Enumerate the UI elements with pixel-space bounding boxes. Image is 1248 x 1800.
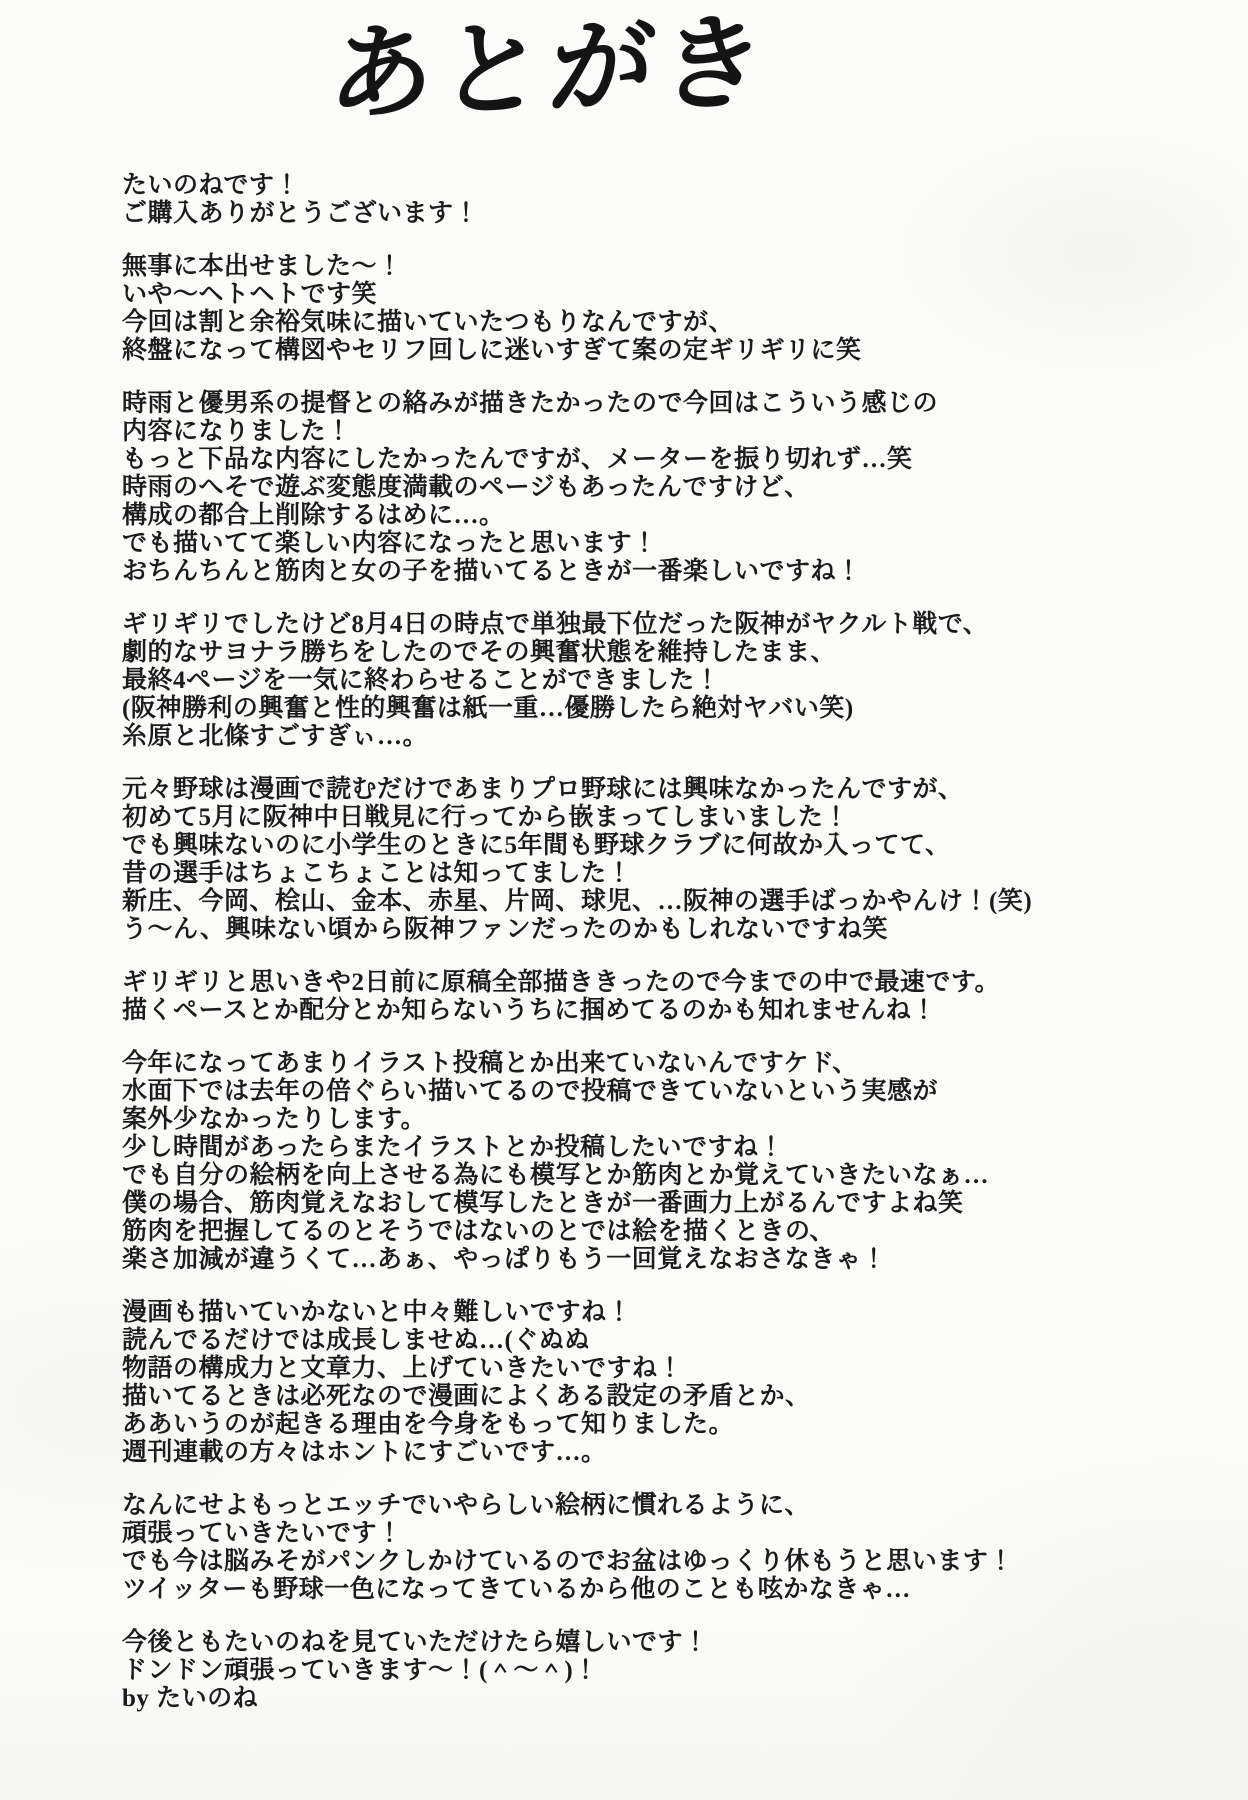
text-line: ギリギリでしたけど8月4日の時点で単独最下位だった阪神がヤクルト戦で、 [122,611,1212,639]
text-line: 物語の構成力と文章力、上げていきたいですね！ [122,1355,1212,1383]
text-line: たいのねです！ [122,172,1212,200]
text-line: 無事に本出せました～！ [122,253,1212,281]
text-line: 時雨と優男系の提督との絡みが描きたかったので今回はこういう感じの [122,390,1212,418]
text-line: 昔の選手はちょこちょことは知ってました！ [122,860,1212,888]
text-line: ご購入ありがとうございます！ [122,200,1212,228]
text-line: 時雨のへそで遊ぶ変態度満載のページもあったんですけど、 [122,474,1212,502]
text-line: もっと下品な内容にしたかったんですが、メーターを振り切れず…笑 [122,446,1212,474]
text-line: ギリギリと思いきや2日前に原稿全部描ききったので今までの中で最速です。 [122,969,1212,997]
text-line: ドンドン頑張っていきます～！(＾～＾)！ [122,1657,1212,1685]
text-line: でも描いてて楽しい内容になったと思います！ [122,530,1212,558]
text-line: おちんちんと筋肉と女の子を描いてるときが一番楽しいですね！ [122,558,1212,586]
text-line: 最終4ページを一気に終わらせることができました！ [122,667,1212,695]
text-line: 週刊連載の方々はホントにすごいです…。 [122,1439,1212,1467]
text-line: でも自分の絵柄を向上させる為にも模写とか筋肉とか覚えていきたいなぁ… [122,1162,1212,1190]
paragraph: 漫画も描いていかないと中々難しいですね！読んでるだけでは成長しませぬ…(ぐぬぬ物… [122,1299,1212,1467]
text-line: 糸原と北條すごすぎぃ…。 [122,723,1212,751]
text-line: 終盤になって構図やセリフ回しに迷いすぎて案の定ギリギリに笑 [122,337,1212,365]
text-line: ああいうのが起きる理由を今身をもって知りました。 [122,1411,1212,1439]
afterword-body: たいのねです！ご購入ありがとうございます！無事に本出せました～！いや～ヘトヘトで… [122,172,1212,1713]
text-line: 内容になりました！ [122,418,1212,446]
text-line: 案外少なかったりします。 [122,1106,1212,1134]
text-line: ツイッターも野球一色になってきているから他のことも呟かなきゃ… [122,1576,1212,1604]
paragraph: 元々野球は漫画で読むだけであまりプロ野球には興味なかったんですが、初めて5月に阪… [122,776,1212,944]
text-line: (阪神勝利の興奮と性的興奮は紙一重…優勝したら絶対ヤバい笑) [122,695,1212,723]
paragraph: ギリギリと思いきや2日前に原稿全部描ききったので今までの中で最速です。描くペース… [122,969,1212,1025]
text-line: 今回は割と余裕気味に描いていたつもりなんですが、 [122,309,1212,337]
text-line: 水面下では去年の倍ぐらい描いてるので投稿できていないという実感が [122,1078,1212,1106]
paragraph: 今後ともたいのねを見ていただけたら嬉しいです！ドンドン頑張っていきます～！(＾～… [122,1629,1212,1685]
text-line: う～ん、興味ない頃から阪神ファンだったのかもしれないですね笑 [122,916,1212,944]
text-line: 新庄、今岡、桧山、金本、赤星、片岡、球児、…阪神の選手ばっかやんけ！(笑) [122,888,1212,916]
paragraph: 時雨と優男系の提督との絡みが描きたかったので今回はこういう感じの内容になりました… [122,390,1212,586]
text-line: いや～ヘトヘトです笑 [122,281,1212,309]
text-line: 描くペースとか配分とか知らないうちに掴めてるのかも知れませんね！ [122,997,1212,1025]
text-line: なんにせよもっとエッチでいやらしい絵柄に慣れるように、 [122,1492,1212,1520]
text-line: 読んでるだけでは成長しませぬ…(ぐぬぬ [122,1327,1212,1355]
paragraph: たいのねです！ご購入ありがとうございます！ [122,172,1212,228]
text-line: 元々野球は漫画で読むだけであまりプロ野球には興味なかったんですが、 [122,776,1212,804]
text-line: 僕の場合、筋肉覚えなおして模写したときが一番画力上がるんですよね笑 [122,1190,1212,1218]
page-title: あとがき [323,0,776,143]
paragraph: 今年になってあまりイラスト投稿とか出来ていないんですケド、水面下では去年の倍ぐら… [122,1050,1212,1274]
paragraph: なんにせよもっとエッチでいやらしい絵柄に慣れるように、頑張っていきたいです！でも… [122,1492,1212,1604]
afterword-page: あとがき たいのねです！ご購入ありがとうございます！無事に本出せました～！いや～… [0,0,1248,1800]
text-line: 描いてるときは必死なので漫画によくある設定の矛盾とか、 [122,1383,1212,1411]
text-line: でも興味ないのに小学生のときに5年間も野球クラブに何故か入ってて、 [122,832,1212,860]
text-line: 漫画も描いていかないと中々難しいですね！ [122,1299,1212,1327]
text-line: 頑張っていきたいです！ [122,1520,1212,1548]
text-line: 少し時間があったらまたイラストとか投稿したいですね！ [122,1134,1212,1162]
paragraph: 無事に本出せました～！いや～ヘトヘトです笑今回は割と余裕気味に描いていたつもりな… [122,253,1212,365]
text-line: 筋肉を把握してるのとそうではないのとでは絵を描くときの、 [122,1218,1212,1246]
text-line: 構成の都合上削除するはめに…。 [122,502,1212,530]
text-line: でも今は脳みそがパンクしかけているのでお盆はゆっくり休もうと思います！ [122,1548,1212,1576]
text-line: 楽さ加減が違うくて…あぁ、やっぱりもう一回覚えなおさなきゃ！ [122,1246,1212,1274]
signature-line: by たいのね [122,1685,1212,1713]
text-line: 劇的なサヨナラ勝ちをしたのでその興奮状態を維持したまま、 [122,639,1212,667]
text-line: 初めて5月に阪神中日戦見に行ってから嵌まってしまいました！ [122,804,1212,832]
paragraph: ギリギリでしたけど8月4日の時点で単独最下位だった阪神がヤクルト戦で、劇的なサヨ… [122,611,1212,751]
text-line: 今年になってあまりイラスト投稿とか出来ていないんですケド、 [122,1050,1212,1078]
text-line: 今後ともたいのねを見ていただけたら嬉しいです！ [122,1629,1212,1657]
